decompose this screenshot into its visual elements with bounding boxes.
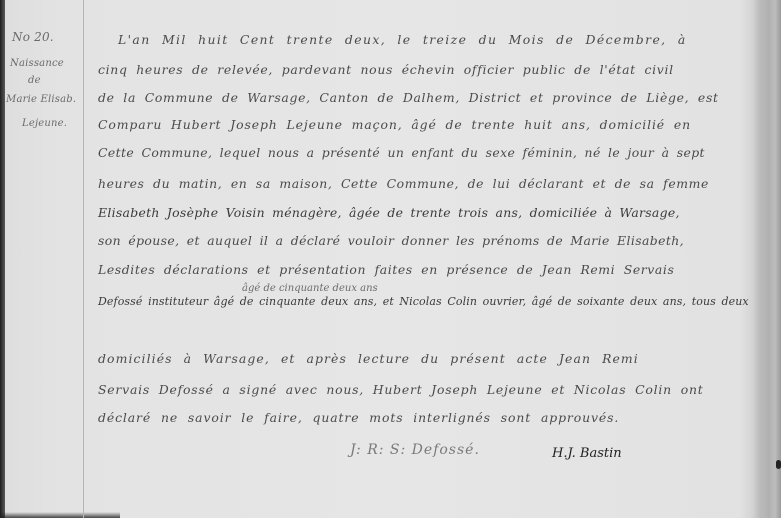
record-line-4: Comparu Hubert Joseph Lejeune maçon, âgé… <box>98 117 691 132</box>
margin-name-line-3: Marie Elisab. <box>6 94 76 105</box>
record-line-12: Servais Defossé a signé avec nous, Huber… <box>98 382 704 397</box>
register-page: No 20. Naissance de Marie Elisab. Lejeun… <box>0 0 781 518</box>
record-line-8: son épouse, et auquel il a déclaré voulo… <box>98 233 684 248</box>
book-binding-edge <box>0 0 5 518</box>
signature-officer-bastin: H.J. Bastin <box>552 446 622 461</box>
binding-hole-mark <box>776 460 781 469</box>
record-line-10: Defossé instituteur âgé de cinquante deu… <box>98 295 749 308</box>
record-line-9: Lesdites déclarations et présentation fa… <box>98 262 674 277</box>
entry-number: No 20. <box>12 30 54 44</box>
record-line-2: cinq heures de relevée, pardevant nous é… <box>98 62 674 77</box>
record-line-13: déclaré ne savoir le faire, quatre mots … <box>98 410 619 425</box>
interlinear-insertion: âgé de cinquante deux ans <box>242 283 378 294</box>
margin-name-line-2: de <box>28 75 41 86</box>
page-right-edge <box>753 0 781 518</box>
record-line-11: domiciliés à Warsage, et après lecture d… <box>98 351 639 366</box>
margin-name-line-1: Naissance <box>10 58 64 69</box>
margin-name-line-4: Lejeune. <box>22 118 67 129</box>
record-line-3: de la Commune de Warsage, Canton de Dalh… <box>98 90 719 105</box>
margin-rule-line <box>83 0 84 518</box>
page-bottom-shadow <box>0 512 120 518</box>
record-line-7: Elisabeth Josèphe Voisin ménagère, âgée … <box>98 205 680 220</box>
record-line-1: L'an Mil huit Cent trente deux, le treiz… <box>118 32 687 47</box>
signature-witness-defosse: J: R: S: Defossé. <box>350 442 480 458</box>
record-line-5: Cette Commune, lequel nous a présenté un… <box>98 145 705 160</box>
record-line-6: heures du matin, en sa maison, Cette Com… <box>98 176 709 191</box>
